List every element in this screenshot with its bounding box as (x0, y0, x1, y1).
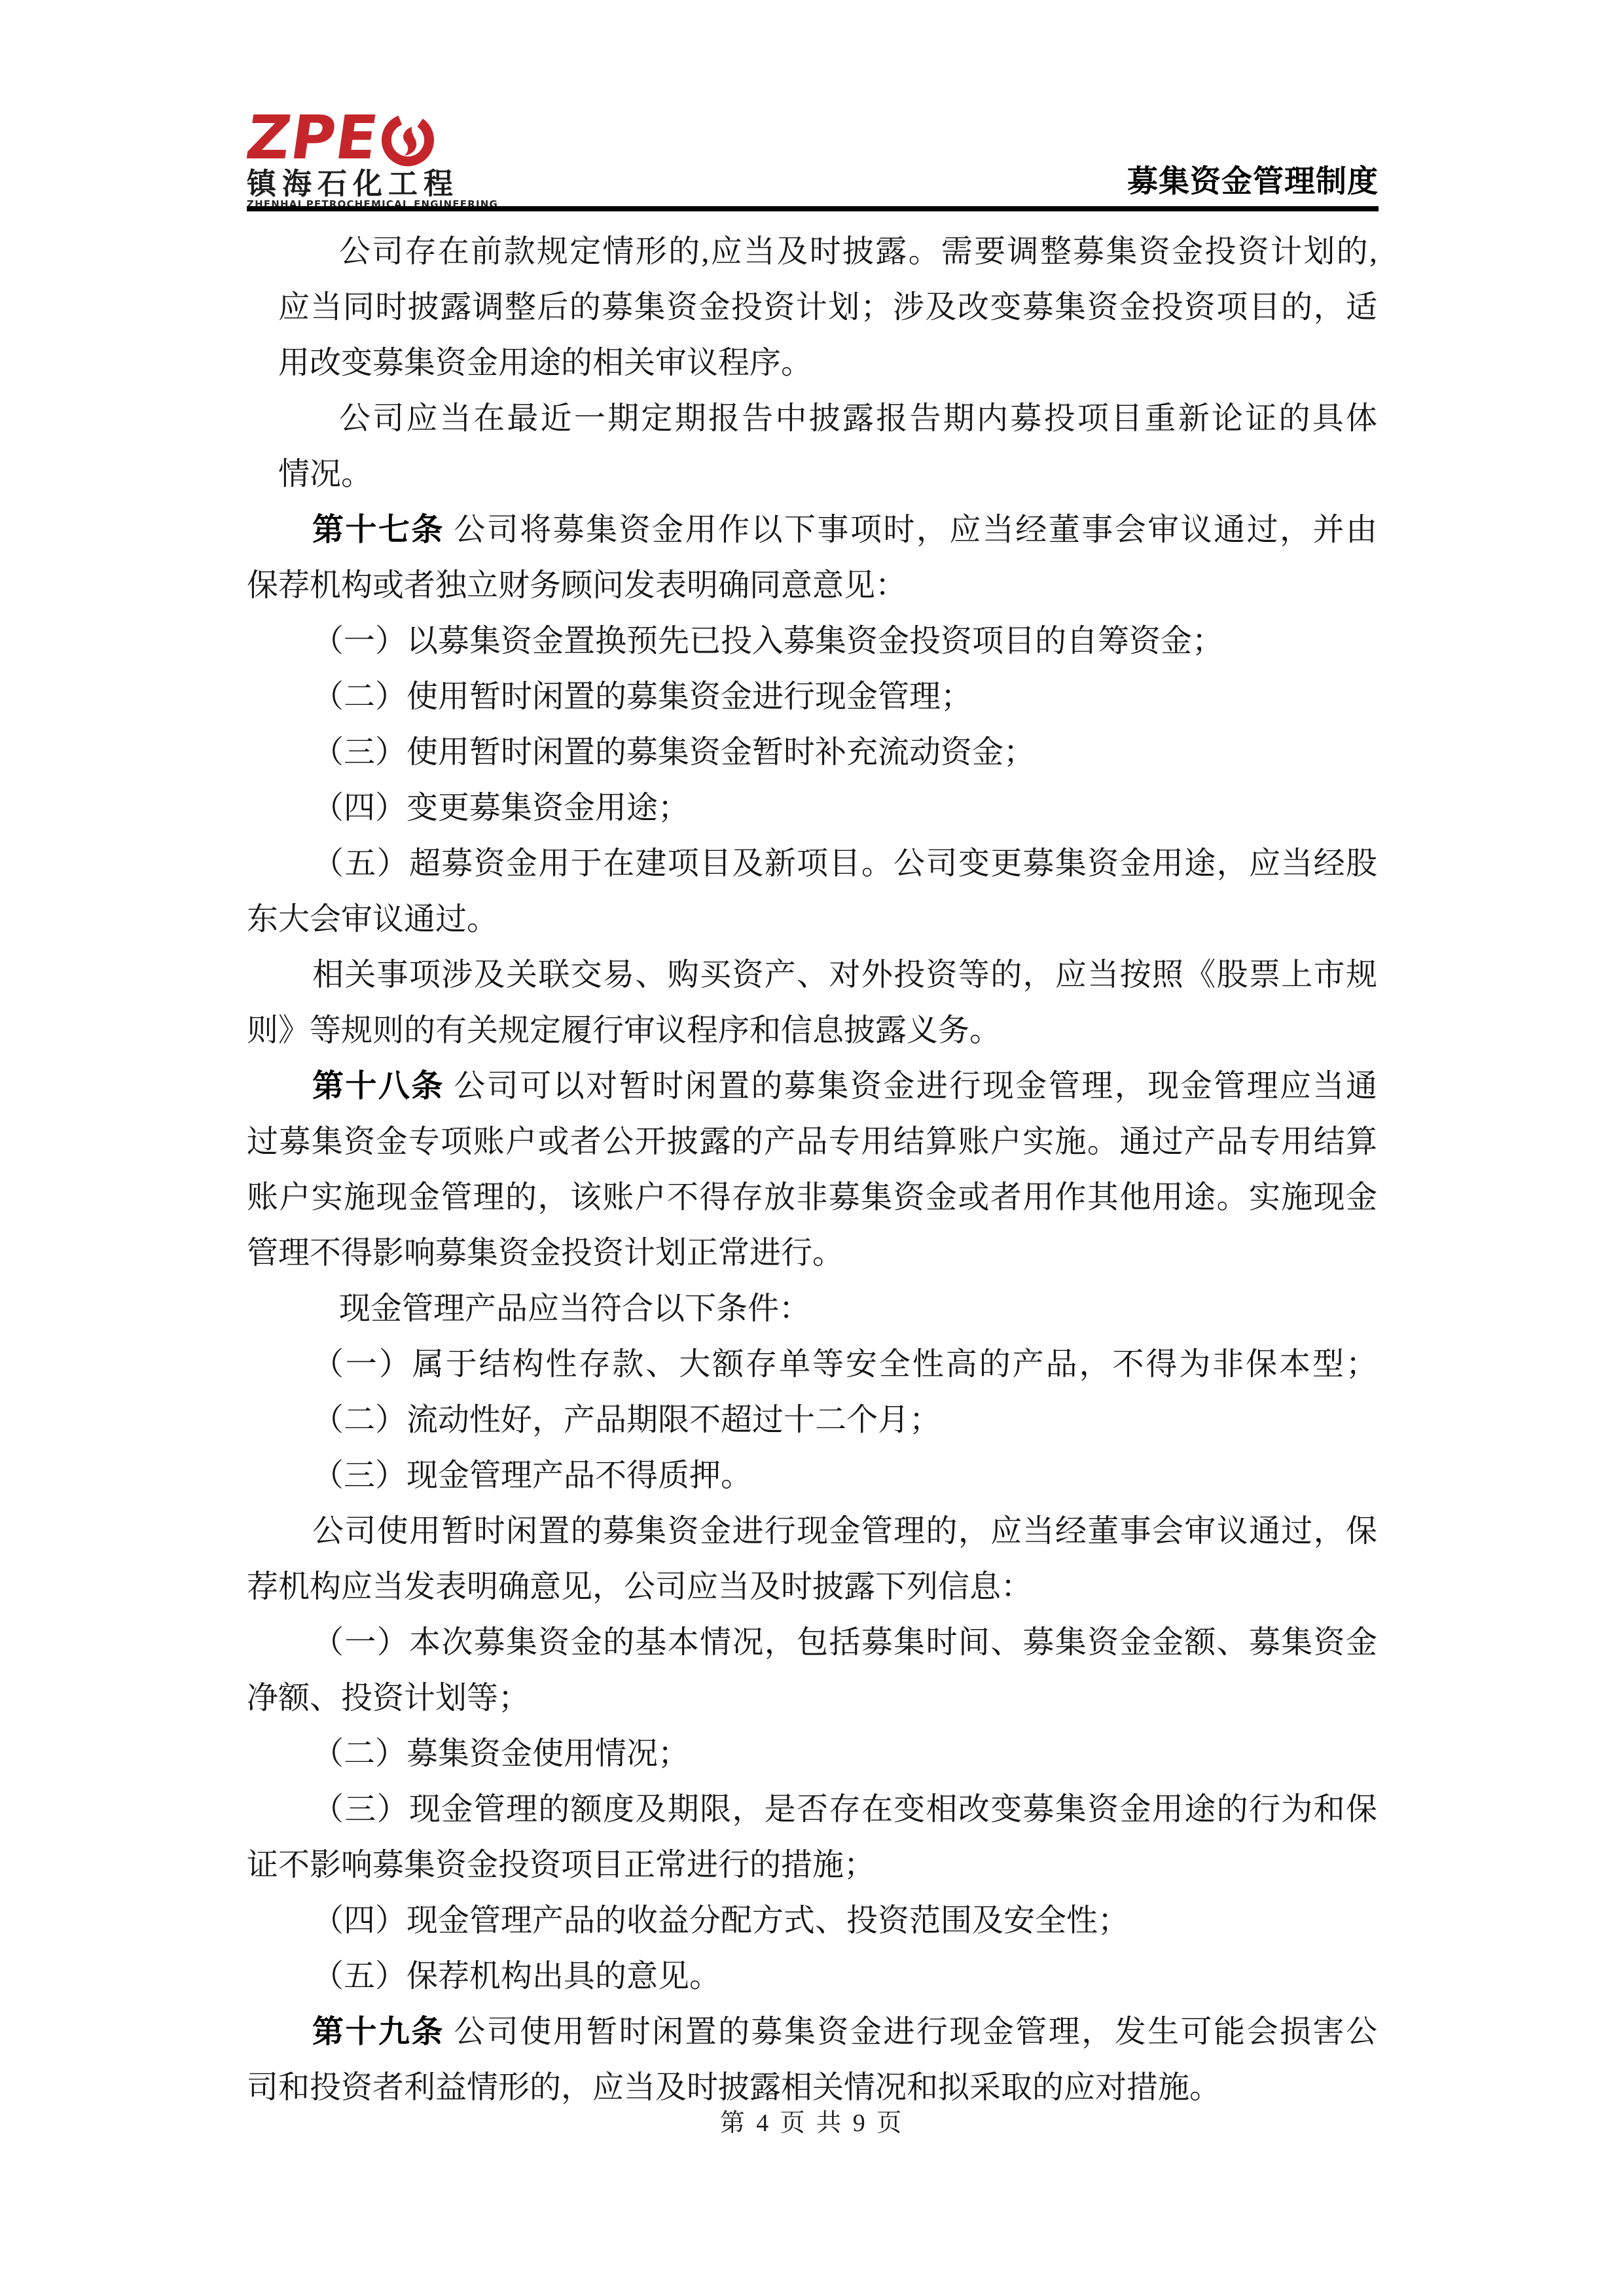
body-line: 情况。 (247, 446, 1377, 502)
body-line: （二）使用暂时闲置的募集资金进行现金管理； (247, 669, 1377, 725)
body-line: （五）保荐机构出具的意见。 (247, 1948, 1377, 2004)
body-line: 应当同时披露调整后的募集资金投资计划；涉及改变募集资金投资项目的，适 (247, 279, 1377, 335)
body-line: 公司使用暂时闲置的募集资金进行现金管理的，应当经董事会审议通过，保 (247, 1503, 1377, 1559)
document-body: 公司存在前款规定情形的,应当及时披露。需要调整募集资金投资计划的,应当同时披露调… (247, 224, 1377, 2115)
logo-chinese-name: 镇海石化工程 (247, 169, 463, 199)
body-line: （一）以募集资金置换预先已投入募集资金投资项目的自筹资金； (247, 613, 1377, 669)
body-line: （三）现金管理的额度及期限，是否存在变相改变募集资金用途的行为和保 (247, 1782, 1377, 1837)
body-line: 司和投资者利益情形的，应当及时披露相关情况和拟采取的应对措施。 (247, 2060, 1377, 2115)
page-number-label: 第 4 页 共 9 页 (0, 2109, 1624, 2138)
body-line: 东大会审议通过。 (247, 891, 1377, 947)
article-number: 第十九条 (312, 2013, 444, 2050)
header-rule (247, 206, 1379, 211)
logo-swirl-icon (379, 111, 437, 169)
body-line: 管理不得影响募集资金投资计划正常进行。 (247, 1225, 1377, 1281)
body-line: 第十七条 公司将募集资金用作以下事项时，应当经董事会审议通过，并由 (247, 502, 1377, 558)
body-line: 第十八条 公司可以对暂时闲置的募集资金进行现金管理，现金管理应当通 (247, 1058, 1377, 1114)
body-line: （二）流动性好，产品期限不超过十二个月； (247, 1392, 1377, 1448)
body-line: 荐机构应当发表明确意见，公司应当及时披露下列信息： (247, 1559, 1377, 1615)
page-title: 募集资金管理制度 (1127, 165, 1379, 199)
body-line: 公司应当在最近一期定期报告中披露报告期内募投项目重新论证的具体 (247, 391, 1377, 446)
body-line: 第十九条 公司使用暂时闲置的募集资金进行现金管理，发生可能会损害公 (247, 2004, 1377, 2060)
document-page: ZPE 镇海石化工程 ZHENHAI PETROCHEMICAL ENGINEE… (0, 0, 1624, 2296)
body-line: 过募集资金专项账户或者公开披露的产品专用结算账户实施。通过产品专用结算 (247, 1114, 1377, 1170)
body-line: 账户实施现金管理的，该账户不得存放非募集资金或者用作其他用途。实施现金 (247, 1170, 1377, 1225)
body-line: （三）使用暂时闲置的募集资金暂时补充流动资金； (247, 725, 1377, 780)
body-line: （四）变更募集资金用途； (247, 780, 1377, 836)
company-logo: ZPE 镇海石化工程 ZHENHAI PETROCHEMICAL ENGINEE… (247, 111, 463, 209)
body-line: 公司存在前款规定情形的,应当及时披露。需要调整募集资金投资计划的, (247, 224, 1377, 279)
body-line: 保荐机构或者独立财务顾问发表明确同意意见： (247, 558, 1377, 613)
body-line: （一）属于结构性存款、大额存单等安全性高的产品，不得为非保本型； (247, 1336, 1377, 1392)
body-line: 证不影响募集资金投资项目正常进行的措施； (247, 1837, 1377, 1893)
body-line: （一）本次募集资金的基本情况，包括募集时间、募集资金金额、募集资金 (247, 1615, 1377, 1670)
body-line: 净额、投资计划等； (247, 1670, 1377, 1726)
body-line: 则》等规则的有关规定履行审议程序和信息披露义务。 (247, 1003, 1377, 1058)
body-line: 用改变募集资金用途的相关审议程序。 (247, 335, 1377, 391)
body-line: （四）现金管理产品的收益分配方式、投资范围及安全性； (247, 1893, 1377, 1948)
article-number: 第十七条 (312, 511, 444, 548)
logo-acronym-text: ZPE (243, 111, 382, 165)
article-number: 第十八条 (312, 1067, 444, 1104)
body-line: （三）现金管理产品不得质押。 (247, 1448, 1377, 1503)
logo-acronym-row: ZPE (247, 111, 463, 165)
body-line: 现金管理产品应当符合以下条件： (247, 1281, 1377, 1336)
body-line: （二）募集资金使用情况； (247, 1726, 1377, 1782)
body-line: 相关事项涉及关联交易、购买资产、对外投资等的，应当按照《股票上市规 (247, 947, 1377, 1003)
body-line: （五）超募资金用于在建项目及新项目。公司变更募集资金用途，应当经股 (247, 836, 1377, 891)
